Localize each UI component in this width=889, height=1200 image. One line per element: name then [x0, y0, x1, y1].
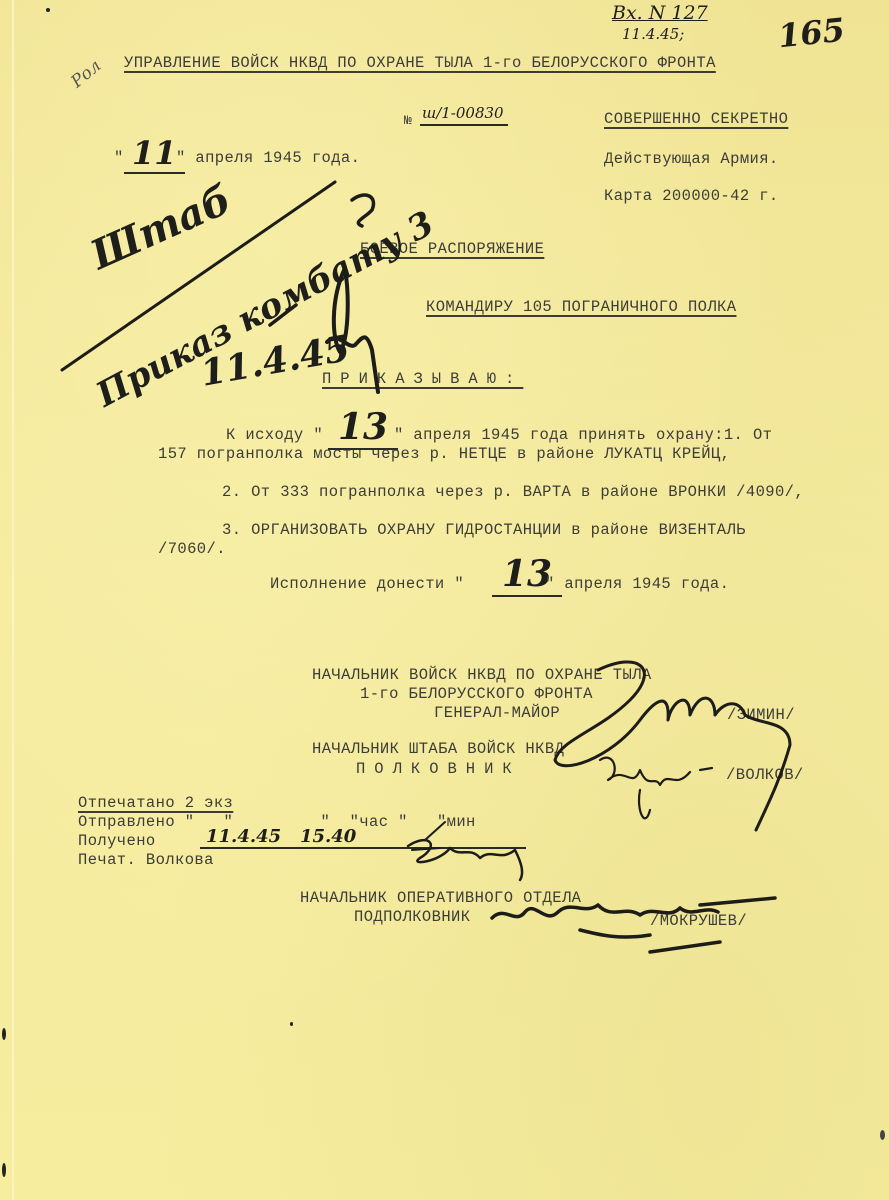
sig2-line1: НАЧАЛЬНИК ШТАБА ВОЙСК НКВД [312, 740, 564, 758]
date-open-quote: " [114, 149, 124, 167]
date-rest: " апреля 1945 года. [176, 149, 360, 167]
location-label: Действующая Армия. [604, 150, 779, 168]
sig1-name: /ЗИМИН/ [727, 706, 795, 724]
body-line2: 157 погранполка мосты через р. НЕТЦЕ в р… [158, 445, 730, 463]
sig3-line1: НАЧАЛЬНИК ОПЕРАТИВНОГО ОТДЕЛА [300, 889, 581, 907]
sig1-line2: 1-го БЕЛОРУССКОГО ФРОНТА [360, 685, 593, 703]
map-label: Карта 200000-42 г. [604, 187, 779, 205]
body-item3-line2: /7060/. [158, 540, 226, 558]
dispatch-printed: Отпечатано 2 экз [78, 794, 233, 812]
body-item2: 2. От 333 погранполка через р. ВАРТА в р… [222, 483, 804, 501]
sig1-line3: ГЕНЕРАЛ-МАЙОР [434, 704, 560, 722]
body-line1-after: " апреля 1945 года принять охрану:1. От [394, 426, 772, 444]
dispatch-typist: Печат. Волкова [78, 851, 214, 869]
sig1-line1: НАЧАЛЬНИК ВОЙСК НКВД ПО ОХРАНЕ ТЫЛА [312, 666, 652, 684]
doc-number-hand: ш/1-00830 [420, 104, 508, 126]
ink-speck [880, 1130, 885, 1140]
document-page [0, 0, 889, 1200]
page-edge [12, 0, 14, 1200]
order-word: ПРИКАЗЫВАЮ: [322, 370, 523, 388]
report-before: Исполнение донести " [270, 575, 464, 593]
ink-speck [290, 1022, 293, 1026]
incoming-number-hand: Вх. N 127 [612, 2, 708, 24]
sig3-name: /МОКРУШЕВ/ [650, 912, 747, 930]
punch-hole-mark [2, 1028, 6, 1040]
addressee-title: КОМАНДИРУ 105 ПОГРАНИЧНОГО ПОЛКА [426, 298, 736, 316]
body-item3-line1: 3. ОРГАНИЗОВАТЬ ОХРАНУ ГИДРОСТАНЦИИ в ра… [222, 521, 746, 539]
sig3-line2: ПОДПОЛКОВНИК [354, 908, 470, 926]
classification-label: СОВЕРШЕННО СЕКРЕТНО [604, 110, 788, 128]
doc-number-prefix: № [404, 113, 412, 128]
report-after: " апреля 1945 года. [545, 575, 729, 593]
header-organization: УПРАВЛЕНИЕ ВОЙСК НКВД ПО ОХРАНЕ ТЫЛА 1-г… [124, 54, 716, 72]
sheet-number-hand: 165 [776, 11, 846, 56]
incoming-date-hand: 11.4.45; [622, 25, 684, 43]
sig2-line2: ПОЛКОВНИК [356, 760, 521, 778]
dispatch-received-hand: 11.4.45 15.40 [200, 826, 526, 849]
body-line1-before: К исходу " [226, 426, 323, 444]
dispatch-received-label: Получено [78, 832, 156, 850]
ink-speck [46, 8, 50, 12]
body-day-hand: 13 [328, 406, 398, 450]
sig2-name: /ВОЛКОВ/ [726, 766, 804, 784]
punch-hole-mark [2, 1163, 6, 1177]
